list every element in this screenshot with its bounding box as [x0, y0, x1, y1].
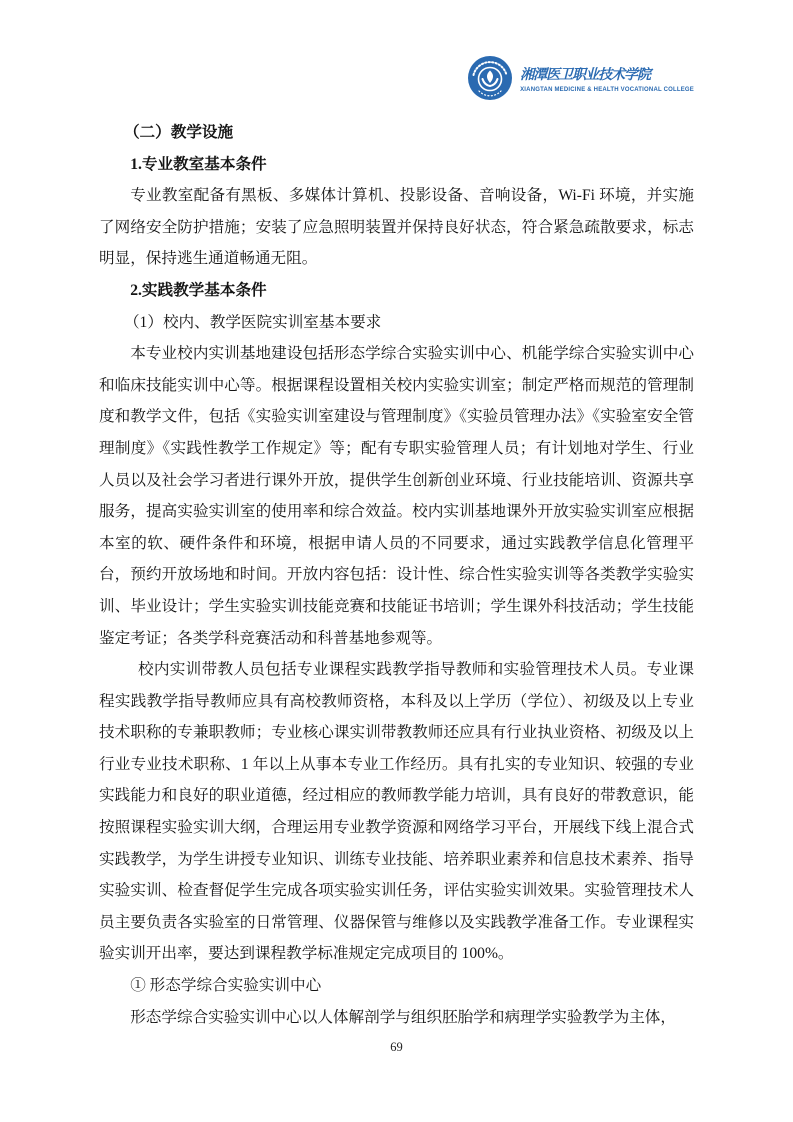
college-name-en: XIANGTAN MEDICINE & HEALTH VOCATIONAL CO… — [520, 86, 694, 94]
sub-heading-campus: （1）校内、教学医院实训室基本要求 — [99, 307, 694, 339]
college-seal-icon — [467, 55, 513, 106]
paragraph-classroom: 专业教室配备有黑板、多媒体计算机、投影设备、音响设备，Wi-Fi 环境，并实施了… — [99, 180, 694, 275]
document-page: 湘潭医卫职业技术学院 XIANGTAN MEDICINE & HEALTH VO… — [0, 0, 793, 1122]
college-logo: 湘潭医卫职业技术学院 XIANGTAN MEDICINE & HEALTH VO… — [467, 55, 694, 106]
numbered-heading-2: 2.实践教学基本条件 — [99, 275, 694, 307]
document-body: （二）教学设施 1.专业教室基本条件 专业教室配备有黑板、多媒体计算机、投影设备… — [99, 117, 694, 1033]
college-name-block: 湘潭医卫职业技术学院 XIANGTAN MEDICINE & HEALTH VO… — [520, 66, 694, 94]
section-heading: （二）教学设施 — [99, 117, 694, 149]
paragraph-training-base: 本专业校内实训基地建设包括形态学综合实验实训中心、机能学综合实验实训中心和临床技… — [99, 338, 694, 654]
page-header: 湘潭医卫职业技术学院 XIANGTAN MEDICINE & HEALTH VO… — [467, 55, 694, 105]
item-heading-morphology: ① 形态学综合实验实训中心 — [99, 970, 694, 1002]
page-footer: 69 — [0, 1038, 793, 1056]
college-name-zh: 湘潭医卫职业技术学院 — [520, 66, 694, 86]
numbered-heading-1: 1.专业教室基本条件 — [99, 149, 694, 181]
paragraph-morphology: 形态学综合实验实训中心以人体解剖学与组织胚胎学和病理学实验教学为主体， — [99, 1002, 694, 1034]
paragraph-instructors: 校内实训带教人员包括专业课程实践教学指导教师和实验管理技术人员。专业课程实践教学… — [99, 654, 694, 970]
page-number: 69 — [390, 1040, 403, 1054]
